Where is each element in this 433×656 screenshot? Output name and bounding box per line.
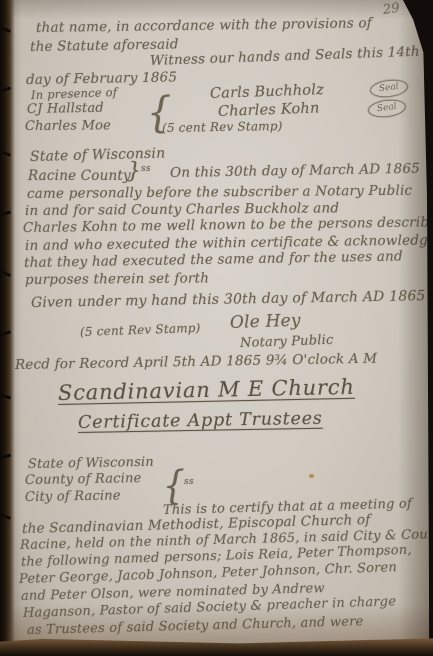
binding-stitch: [0, 270, 11, 277]
city-caption: City of Racine: [25, 488, 121, 505]
binding-stitch: [0, 150, 11, 157]
ss-notation: ss: [141, 164, 151, 174]
scanned-ledger-photo: 29 that name, in accordance with the pro…: [0, 0, 433, 656]
binding-stitch: [0, 211, 11, 217]
binding-stitch: [0, 26, 11, 33]
binding-stitch: [0, 454, 11, 460]
notary-signature: Ole Hey: [230, 311, 301, 333]
binding-stitch: [0, 393, 11, 399]
handwritten-line: purposes therein set forth: [25, 270, 209, 288]
presence-label: In presence of: [31, 85, 118, 102]
state-caption: State of Wisconsin: [28, 455, 154, 472]
foxing-spot: [309, 474, 314, 478]
county-caption: County of Racine: [25, 471, 142, 488]
page-number: 29: [382, 1, 401, 18]
binding-stitch: [0, 513, 11, 520]
witness-signature: Charles Moe: [25, 118, 111, 134]
handwritten-line: came personally before the subscriber a …: [27, 183, 412, 202]
revenue-stamp-note: (5 cent Rev Stamp): [162, 119, 283, 135]
county-caption: Racine County: [28, 168, 131, 184]
book-binding: [0, 0, 15, 656]
record-subtitle: Certificate Appt Trustees: [78, 409, 323, 433]
binding-stitch: [0, 86, 11, 92]
witness-signature: CJ Hallstad: [27, 101, 104, 117]
brace-glyph: }: [127, 159, 141, 184]
ss-notation: ss: [184, 477, 194, 487]
binding-stitch: [0, 330, 11, 337]
